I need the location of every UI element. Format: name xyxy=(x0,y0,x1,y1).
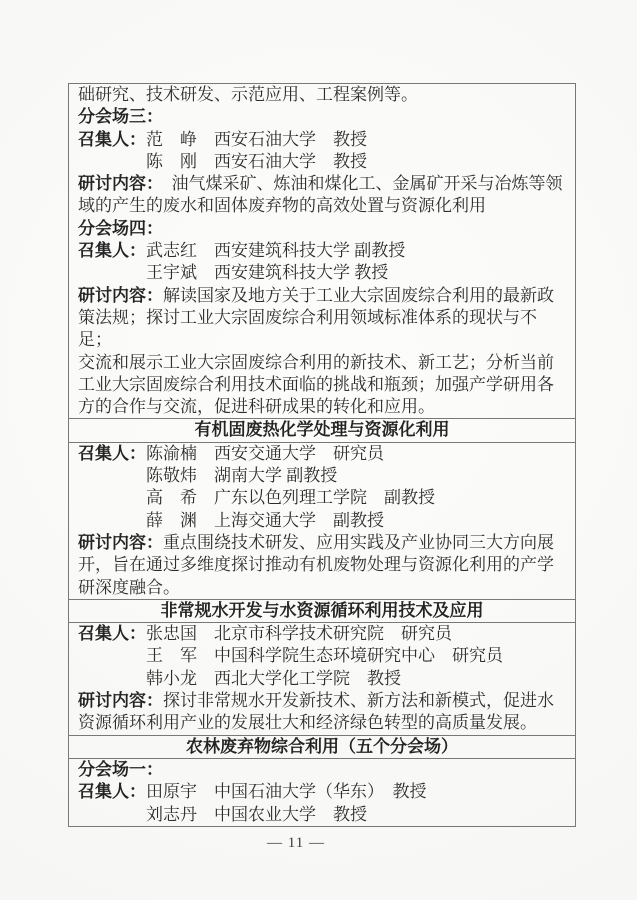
text-run: 高 希 广东以色列理工学院 副教授 xyxy=(146,488,435,507)
text-run: 交流和展示工业大宗固废综合利用的新技术、新工艺；分析当前 xyxy=(78,353,554,372)
section-title: 非常规水开发与水资源循环利用技术及应用 xyxy=(69,599,575,623)
field-label: 研讨内容： xyxy=(78,533,163,552)
text-run: 王 军 中国科学院生态环境研究中心 研究员 xyxy=(146,646,503,665)
field-label: 分会场一： xyxy=(78,760,163,779)
field-label: 召集人： xyxy=(78,444,146,463)
convener-line: 陈 刚 西安石油大学 教授 xyxy=(78,151,569,173)
text-run: 王宇斌 西安建筑科技大学 教授 xyxy=(146,263,388,282)
convener-line: 召集人：范 峥 西安石油大学 教授 xyxy=(78,129,569,151)
text-run: 资源循环利用产业的发展壮大和经济绿色转型的高质量发展。 xyxy=(78,713,537,732)
text-run: 陈 刚 西安石油大学 教授 xyxy=(146,152,367,171)
text-run: 陈渝楠 西安交通大学 研究员 xyxy=(146,444,384,463)
text-run: 策法规；探讨工业大宗固废综合利用领域标准体系的现状与不足； xyxy=(78,308,537,349)
topic-line: 工业大宗固废综合利用技术面临的挑战和瓶颈；加强产学研用各 xyxy=(78,374,569,396)
convener-line: 召集人：田原宇 中国石油大学（华东） 教授 xyxy=(78,781,569,803)
topic-line: 研讨内容：重点围绕技术研发、应用实践及产业协同三大方向展 xyxy=(78,532,569,554)
topic-line: 开，旨在通过多维度探讨推动有机废物处理与资源化利用的产学 xyxy=(78,554,569,576)
text-run: 刘志丹 中国农业大学 教授 xyxy=(146,805,367,824)
field-label: 研讨内容： xyxy=(78,174,155,193)
convener-line: 王宇斌 西安建筑科技大学 教授 xyxy=(78,262,569,284)
field-label: 研讨内容： xyxy=(78,286,163,305)
field-label: 研讨内容： xyxy=(78,691,163,710)
topic-line: 资源循环利用产业的发展壮大和经济绿色转型的高质量发展。 xyxy=(78,712,569,734)
text-run: 田原宇 中国石油大学（华东） 教授 xyxy=(146,782,427,801)
field-label: 召集人： xyxy=(78,782,146,801)
topic-line: 域的产生的废水和固体废弃物的高效处置与资源化利用 xyxy=(78,195,569,217)
topic-line: 策法规；探讨工业大宗固废综合利用领域标准体系的现状与不足； xyxy=(78,307,569,352)
text-run: 薛 渊 上海交通大学 副教授 xyxy=(146,511,384,530)
convener-line: 召集人：武志红 西安建筑科技大学 副教授 xyxy=(78,240,569,262)
topic-line: 研讨内容：解读国家及地方关于工业大宗固废综合利用的最新政 xyxy=(78,285,569,307)
text-run: 探讨非常规水开发新技术、新方法和新模式，促进水 xyxy=(163,691,554,710)
field-label: 分会场三： xyxy=(78,107,163,126)
field-label: 召集人： xyxy=(78,241,146,260)
topic-line: 研讨内容：探讨非常规水开发新技术、新方法和新模式，促进水 xyxy=(78,690,569,712)
field-label: 召集人： xyxy=(78,624,146,643)
text-run: 开，旨在通过多维度探讨推动有机废物处理与资源化利用的产学 xyxy=(78,555,554,574)
convener-line: 召集人：张忠国 北京市科学技术研究院 研究员 xyxy=(78,623,569,645)
text-run: 范 峥 西安石油大学 教授 xyxy=(146,130,367,149)
topic-line: 交流和展示工业大宗固废综合利用的新技术、新工艺；分析当前 xyxy=(78,352,569,374)
topic-line: 研深度融合。 xyxy=(78,577,569,599)
text-run: 工业大宗固废综合利用技术面临的挑战和瓶颈；加强产学研用各 xyxy=(78,375,554,394)
text-run: 重点围绕技术研发、应用实践及产业协同三大方向展 xyxy=(163,533,554,552)
convener-line: 刘志丹 中国农业大学 教授 xyxy=(78,804,569,826)
convener-line: 韩小龙 西北大学化工学院 教授 xyxy=(78,668,569,690)
convener-line: 薛 渊 上海交通大学 副教授 xyxy=(78,510,569,532)
document-page: 础研究、技术研发、示范应用、工程案例等。分会场三：召集人：范 峥 西安石油大学 … xyxy=(0,0,637,900)
section-body: 召集人：陈渝楠 西安交通大学 研究员陈敬炜 湖南大学 副教授高 希 广东以色列理… xyxy=(69,443,575,599)
continuation-line: 础研究、技术研发、示范应用、工程案例等。 xyxy=(78,84,569,106)
section-body: 分会场一：召集人：田原宇 中国石油大学（华东） 教授刘志丹 中国农业大学 教授 xyxy=(69,759,575,826)
text-run: 武志红 西安建筑科技大学 副教授 xyxy=(146,241,405,260)
convener-line: 陈敬炜 湖南大学 副教授 xyxy=(78,465,569,487)
convener-line: 高 希 广东以色列理工学院 副教授 xyxy=(78,487,569,509)
section-title: 农林废弃物综合利用（五个分会场） xyxy=(69,735,575,759)
subsession-label: 分会场三： xyxy=(78,106,569,128)
topic-line: 研讨内容： 油气煤采矿、炼油和煤化工、金属矿开采与冶炼等领 xyxy=(78,173,569,195)
convener-line: 王 军 中国科学院生态环境研究中心 研究员 xyxy=(78,645,569,667)
field-label: 召集人： xyxy=(78,130,146,149)
text-run: 解读国家及地方关于工业大宗固废综合利用的最新政 xyxy=(163,286,554,305)
subsession-label: 分会场四： xyxy=(78,218,569,240)
text-run: 油气煤采矿、炼油和煤化工、金属矿开采与冶炼等领 xyxy=(155,174,563,193)
text-run: 陈敬炜 湖南大学 副教授 xyxy=(146,466,337,485)
section-body: 召集人：张忠国 北京市科学技术研究院 研究员王 军 中国科学院生态环境研究中心 … xyxy=(69,623,575,734)
conference-program-table: 础研究、技术研发、示范应用、工程案例等。分会场三：召集人：范 峥 西安石油大学 … xyxy=(68,83,576,827)
topic-line: 方的合作与交流，促进科研成果的转化和应用。 xyxy=(78,396,569,418)
section-body: 础研究、技术研发、示范应用、工程案例等。分会场三：召集人：范 峥 西安石油大学 … xyxy=(69,84,575,418)
page-number: — 11 — xyxy=(0,835,592,852)
text-run: 域的产生的废水和固体废弃物的高效处置与资源化利用 xyxy=(78,196,486,215)
text-run: 张忠国 北京市科学技术研究院 研究员 xyxy=(146,624,452,643)
text-run: 方的合作与交流，促进科研成果的转化和应用。 xyxy=(78,397,435,416)
section-title: 有机固废热化学处理与资源化利用 xyxy=(69,418,575,442)
text-run: 础研究、技术研发、示范应用、工程案例等。 xyxy=(78,85,418,104)
convener-line: 召集人：陈渝楠 西安交通大学 研究员 xyxy=(78,443,569,465)
text-run: 研深度融合。 xyxy=(78,578,180,597)
text-run: 韩小龙 西北大学化工学院 教授 xyxy=(146,669,401,688)
field-label: 分会场四： xyxy=(78,219,163,238)
subsession-label: 分会场一： xyxy=(78,759,569,781)
